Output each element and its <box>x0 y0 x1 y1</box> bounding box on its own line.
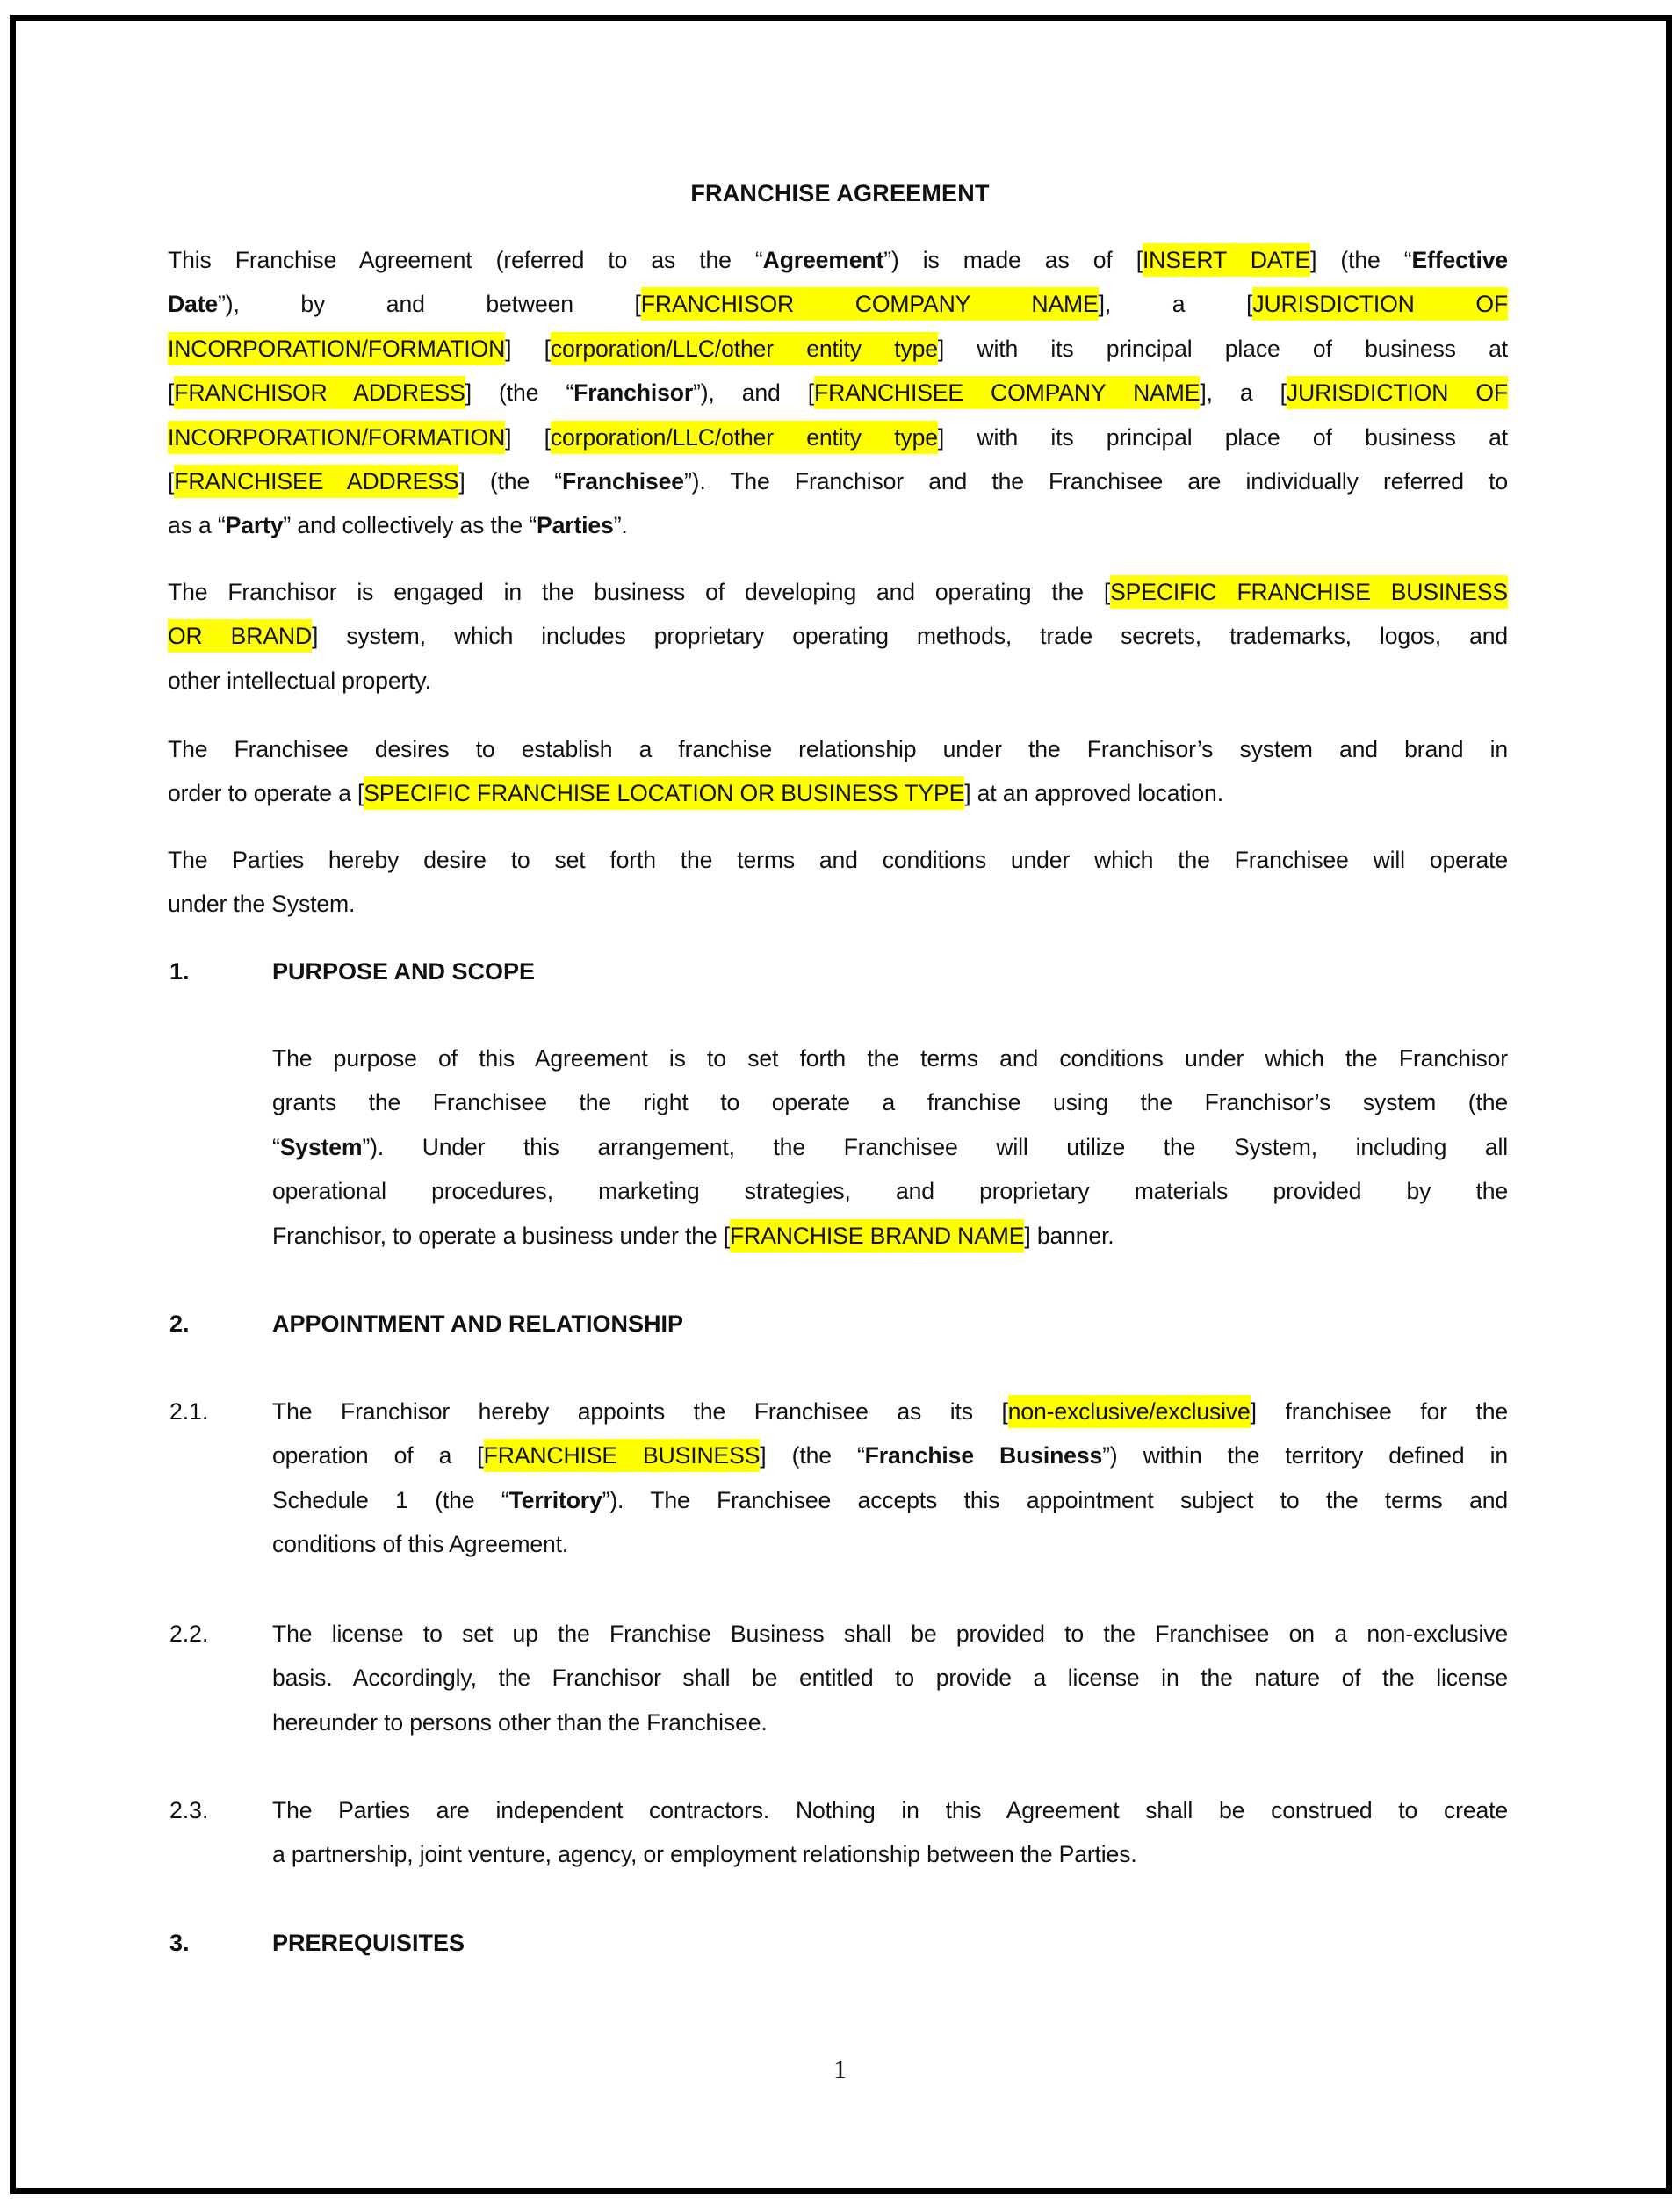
text-run: The license to set up the Franchise Busi… <box>272 1621 1508 1647</box>
text-line: a partnership, joint venture, agency, or… <box>272 1832 1508 1876</box>
text-line: [FRANCHISEE ADDRESS] (the “Franchisee”).… <box>168 459 1508 503</box>
text-line: operation of a [FRANCHISE BUSINESS] (the… <box>272 1433 1508 1477</box>
text-run: ” and collectively as the “ <box>283 512 537 538</box>
section-2-number: 2. <box>169 1306 190 1341</box>
placeholder-field[interactable]: OR BRAND <box>168 619 312 653</box>
defined-term: System <box>280 1134 363 1160</box>
clause-2-3-number: 2.3. <box>169 1788 208 1832</box>
clause-2-2-number: 2.2. <box>169 1612 208 1656</box>
section-3-number: 3. <box>169 1925 190 1960</box>
placeholder-field[interactable]: FRANCHISEE ADDRESS <box>174 465 458 498</box>
text-run: ], a [ <box>1099 291 1253 317</box>
text-run: The Parties hereby desire to set forth t… <box>168 847 1508 873</box>
text-run: ] (the “ <box>760 1442 864 1469</box>
text-run: ] (the “ <box>465 379 573 406</box>
page-number: 1 <box>0 2053 1680 2088</box>
section-1-heading: PURPOSE AND SCOPE <box>272 954 535 989</box>
section-3-heading: PREREQUISITES <box>272 1925 465 1960</box>
text-line: [FRANCHISOR ADDRESS] (the “Franchisor”),… <box>168 371 1508 415</box>
text-run: ”), by and between [ <box>218 291 641 317</box>
text-line: INCORPORATION/FORMATION] [corporation/LL… <box>168 415 1508 459</box>
text-run: “ <box>272 1134 280 1160</box>
intro-paragraph-parties: This Franchise Agreement (referred to as… <box>168 238 1508 548</box>
placeholder-field[interactable]: non-exclusive/exclusive <box>1008 1395 1251 1428</box>
defined-term: Franchisee <box>562 468 684 495</box>
text-run: a partnership, joint venture, agency, or… <box>272 1841 1137 1867</box>
placeholder-field[interactable]: corporation/LLC/other entity type <box>551 421 938 454</box>
placeholder-field[interactable]: FRANCHISE BRAND NAME <box>730 1219 1024 1253</box>
text-run: ”). Under this arrangement, the Franchis… <box>362 1134 1508 1160</box>
text-run: conditions of this Agreement. <box>272 1531 568 1557</box>
text-run: The Franchisor is engaged in the busines… <box>168 579 1110 605</box>
text-run: grants the Franchisee the right to opera… <box>272 1089 1508 1115</box>
placeholder-field[interactable]: INSERT DATE <box>1143 243 1310 277</box>
text-run: Schedule 1 (the “ <box>272 1487 509 1513</box>
text-line: The Franchisor hereby appoints the Franc… <box>272 1390 1508 1433</box>
text-run: operational procedures, marketing strate… <box>272 1178 1508 1204</box>
intro-paragraph-business: The Franchisor is engaged in the busines… <box>168 570 1508 703</box>
placeholder-field[interactable]: FRANCHISEE COMPANY NAME <box>814 376 1200 409</box>
placeholder-field[interactable]: JURISDICTION OF <box>1287 376 1508 409</box>
text-run: ] franchisee for the <box>1251 1398 1508 1425</box>
placeholder-field[interactable]: corporation/LLC/other entity type <box>551 332 938 365</box>
defined-term: Party <box>226 512 284 538</box>
defined-term: Effective <box>1411 247 1508 273</box>
defined-term: Territory <box>509 1487 602 1513</box>
clause-2-3-body: The Parties are independent contractors.… <box>272 1788 1508 1877</box>
text-run: operation of a [ <box>272 1442 484 1469</box>
text-line: INCORPORATION/FORMATION] [corporation/LL… <box>168 327 1508 371</box>
text-line: Schedule 1 (the “Territory”). The Franch… <box>272 1478 1508 1522</box>
text-run: ”). The Franchisee accepts this appointm… <box>602 1487 1508 1513</box>
text-run: order to operate a [ <box>168 780 364 806</box>
text-run: Franchisor, to operate a business under … <box>272 1223 730 1249</box>
text-run: ] banner. <box>1024 1223 1114 1249</box>
text-run: ] system, which includes proprietary ope… <box>312 623 1508 649</box>
text-run: ] with its principal place of business a… <box>938 424 1508 451</box>
text-line: OR BRAND] system, which includes proprie… <box>168 614 1508 658</box>
section-2-heading: APPOINTMENT AND RELATIONSHIP <box>272 1306 683 1341</box>
defined-term: Franchisor <box>573 379 693 406</box>
text-run: ] (the “ <box>458 468 562 495</box>
clause-2-1-body: The Franchisor hereby appoints the Franc… <box>272 1390 1508 1567</box>
text-line: The license to set up the Franchise Busi… <box>272 1612 1508 1656</box>
text-line: basis. Accordingly, the Franchisor shall… <box>272 1656 1508 1700</box>
text-run: other intellectual property. <box>168 668 431 694</box>
text-run: ] [ <box>505 424 551 451</box>
text-run: The Parties are independent contractors.… <box>272 1797 1508 1823</box>
text-line: grants the Franchisee the right to opera… <box>272 1080 1508 1124</box>
text-line: order to operate a [SPECIFIC FRANCHISE L… <box>168 771 1508 815</box>
text-run: ] [ <box>505 336 551 362</box>
document-title: FRANCHISE AGREEMENT <box>0 176 1680 211</box>
intro-paragraph-terms: The Parties hereby desire to set forth t… <box>168 838 1508 927</box>
defined-term: Agreement <box>763 247 884 273</box>
text-run: The Franchisee desires to establish a fr… <box>168 736 1508 762</box>
text-run: basis. Accordingly, the Franchisor shall… <box>272 1664 1508 1691</box>
text-line: other intellectual property. <box>168 659 1508 703</box>
placeholder-field[interactable]: FRANCHISOR COMPANY NAME <box>641 287 1099 321</box>
placeholder-field[interactable]: INCORPORATION/FORMATION <box>168 421 505 454</box>
text-line: The Franchisee desires to establish a fr… <box>168 727 1508 771</box>
intro-paragraph-desire: The Franchisee desires to establish a fr… <box>168 727 1508 816</box>
defined-term: Date <box>168 291 218 317</box>
placeholder-field[interactable]: INCORPORATION/FORMATION <box>168 332 505 365</box>
text-run: ] with its principal place of business a… <box>938 336 1508 362</box>
text-run: ] (the “ <box>1310 247 1411 273</box>
text-line: as a “Party” and collectively as the “Pa… <box>168 503 1508 547</box>
placeholder-field[interactable]: SPECIFIC FRANCHISE LOCATION OR BUSINESS … <box>364 776 964 810</box>
text-run: ”) is made as of [ <box>883 247 1143 273</box>
text-run: The Franchisor hereby appoints the Franc… <box>272 1398 1008 1425</box>
text-line: The Parties hereby desire to set forth t… <box>168 838 1508 882</box>
text-line: This Franchise Agreement (referred to as… <box>168 238 1508 282</box>
defined-term: Parties <box>537 512 614 538</box>
text-run: ”. <box>614 512 628 538</box>
placeholder-field[interactable]: JURISDICTION OF <box>1252 287 1508 321</box>
section-1-number: 1. <box>169 954 190 989</box>
text-run: ”), and [ <box>693 379 814 406</box>
text-run: under the System. <box>168 891 355 917</box>
text-line: The Franchisor is engaged in the busines… <box>168 570 1508 614</box>
text-line: conditions of this Agreement. <box>272 1522 1508 1566</box>
text-run: ] at an approved location. <box>964 780 1223 806</box>
defined-term: Franchise Business <box>865 1442 1102 1469</box>
section-1-body: The purpose of this Agreement is to set … <box>272 1036 1508 1258</box>
text-line: operational procedures, marketing strate… <box>272 1169 1508 1213</box>
text-run: This Franchise Agreement (referred to as… <box>168 247 763 273</box>
text-line: The purpose of this Agreement is to set … <box>272 1036 1508 1080</box>
clause-2-1-number: 2.1. <box>169 1390 208 1433</box>
text-line: The Parties are independent contractors.… <box>272 1788 1508 1832</box>
text-run: as a “ <box>168 512 226 538</box>
text-run: ], a [ <box>1200 379 1287 406</box>
text-line: Franchisor, to operate a business under … <box>272 1214 1508 1258</box>
text-run: The purpose of this Agreement is to set … <box>272 1045 1508 1072</box>
clause-2-2-body: The license to set up the Franchise Busi… <box>272 1612 1508 1744</box>
text-run: hereunder to persons other than the Fran… <box>272 1709 768 1736</box>
placeholder-field[interactable]: FRANCHISOR ADDRESS <box>174 376 465 409</box>
text-line: “System”). Under this arrangement, the F… <box>272 1125 1508 1169</box>
text-line: under the System. <box>168 882 1508 926</box>
text-line: Date”), by and between [FRANCHISOR COMPA… <box>168 282 1508 326</box>
text-line: hereunder to persons other than the Fran… <box>272 1700 1508 1744</box>
placeholder-field[interactable]: FRANCHISE BUSINESS <box>484 1439 761 1472</box>
text-run: ”) within the territory defined in <box>1102 1442 1508 1469</box>
text-run: ”). The Franchisor and the Franchisee ar… <box>684 468 1508 495</box>
placeholder-field[interactable]: SPECIFIC FRANCHISE BUSINESS <box>1110 575 1508 609</box>
